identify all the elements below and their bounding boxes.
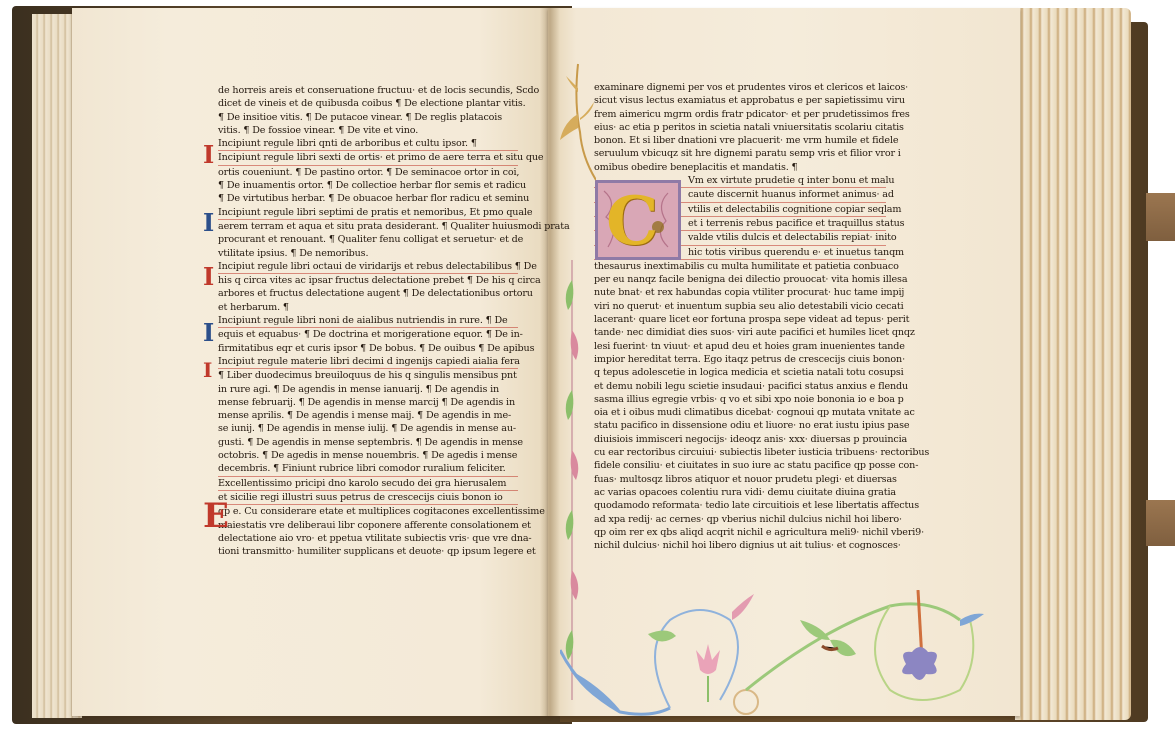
text-line: procurant et renouant. ¶ Qualiter fenu c… [218, 233, 518, 246]
rubric-heading-line: decembris. ¶ Finiunt rubrice libri comod… [218, 462, 518, 476]
floral-border-icon [560, 590, 990, 720]
text-line: in rure agi. ¶ De agendis in mense ianua… [218, 383, 518, 396]
right-page-text: examinare dignemi per vos et prudentes v… [594, 81, 886, 552]
text-line: tande· nec dimidiat dies suos· viri aute… [594, 326, 886, 339]
text-line: ¶ Liber duodecimus breuiloquus de his q … [218, 369, 518, 382]
text-line: bonon. Et si liber dnationi vre placueri… [594, 134, 886, 147]
text-line: delectatione aio vro· et ppetua vtilitat… [218, 532, 518, 545]
text-line: quodamodo reformata· tedio late circuiti… [594, 499, 886, 512]
text-line: cu ear rectoribus circuiui· subiectis li… [594, 446, 886, 459]
text-line: mense februarij. ¶ De agendis in mense m… [218, 396, 518, 409]
text-line: fuas· multosqz libros atiquor et nouor p… [594, 473, 886, 486]
text-line: impior hereditat terra. Ego itaqz petrus… [594, 353, 886, 366]
text-line: lesi fuerint· tn viuut· et apud deu et h… [594, 340, 886, 353]
text-line: et demu nobili legu scietie insudaui· pa… [594, 380, 886, 393]
text-line: frem aimericu mgrm ordis fratr pdicator·… [594, 108, 886, 121]
text-line: examinare dignemi per vos et prudentes v… [594, 81, 886, 94]
lombard-initial-red-E: E [203, 496, 229, 536]
text-line: statu pacifico in dissensione odiu et li… [594, 419, 886, 432]
text-line: maiestatis vre deliberaui libr coponere … [218, 519, 518, 532]
text-line: equis et equabus· ¶ De doctrina et morig… [218, 328, 518, 341]
text-line: ac varias opacoes colentiu rura vidi· de… [594, 486, 886, 499]
lombard-initial-red: I [203, 358, 212, 382]
lombard-initial-blue: I [203, 318, 214, 347]
lombard-initial-blue: I [203, 208, 214, 237]
text-line: eius· ac etia p peritos in scietia natal… [594, 121, 886, 134]
initial-letter: C [606, 183, 659, 259]
text-line: dicet de vineis et de quibusda coibus ¶ … [218, 97, 518, 110]
text-line: sasma illius egregie vrbis· q vo et sibi… [594, 393, 886, 406]
text-line: diuisiois immisceri negocijs· ideoqz ani… [594, 433, 886, 446]
text-line: vitis. ¶ De fossioe vinear. ¶ De vite et… [218, 124, 518, 137]
rubric-heading-line: Incipiunt regule libri qnti de arboribus… [218, 137, 518, 151]
text-line: fidele consiliu· et ciuitates in suo iur… [594, 459, 886, 472]
page-stack-right [1015, 8, 1131, 720]
text-line: qp oim rer ex qbs aliqd acqrit nichil e … [594, 526, 886, 539]
text-line: q tepus adolescetie in logica medicia et… [594, 366, 886, 379]
rubric-heading-line: Excellentissimo pricipi dno karolo secud… [218, 477, 518, 491]
rubric-heading-line: Incipiut regule materie libri decimi d i… [218, 355, 518, 369]
rubric-heading-line: Incipiut regule libri octaui de viridari… [218, 260, 518, 274]
rubric-heading-line: et sicilie regi illustri suus petrus de … [218, 491, 518, 505]
text-line: seruulum vbicuqz sit hre dignemi paratu … [594, 147, 886, 160]
text-line: octobris. ¶ De agedis in mense nouembris… [218, 449, 518, 462]
text-line: ortis coueniunt. ¶ De pastino ortor. ¶ D… [218, 166, 518, 179]
rubric-heading-line: Incipiunt regule libri septimi de pratis… [218, 206, 518, 220]
text-line: aerem terram et aqua et situ prata desid… [218, 220, 518, 233]
left-page-text: de horreis areis et conseruatione fructu… [218, 84, 518, 558]
text-line: thesaurus inextimabilis cu multa humilit… [594, 260, 886, 273]
text-line: firmitatibus eqr et curis ipsor ¶ De bob… [218, 342, 518, 355]
lombard-initial-red: I [203, 262, 214, 291]
text-line: nichil dulcius· nichil hoi libero digniu… [594, 539, 886, 552]
text-line: per eu nanqz facile benigna dei dilectio… [594, 273, 886, 286]
text-line: lacerant· quare licet eor fortuna prospa… [594, 313, 886, 326]
text-line: ad xpa redij· ac cernes· qp vberius nich… [594, 513, 886, 526]
text-line: gusti. ¶ De agendis in mense septembris.… [218, 436, 518, 449]
text-line: ¶ De insitioe vitis. ¶ De putacoe vinear… [218, 111, 518, 124]
book-clasp-bottom [1146, 500, 1175, 546]
text-line: qp e. Cu considerare etate et multiplice… [218, 505, 518, 518]
text-line: viri no querut· et inuentum supbia seu a… [594, 300, 886, 313]
text-line: arbores et fructus delectatione augent ¶… [218, 287, 518, 300]
text-line: his q circa vites ac ipsar fructus delec… [218, 274, 518, 287]
text-line: mense aprilis. ¶ De agendis i mense maij… [218, 409, 518, 422]
text-line: et herbarum. ¶ [218, 301, 518, 314]
text-line: sicut visus lectus examiatus et approbat… [594, 94, 886, 107]
rubric-heading-line: Incipiunt regule libri sexti de ortis· e… [218, 151, 518, 165]
text-line: omibus obedire beneplacitis et mandatis.… [594, 161, 886, 174]
book-clasp-top [1146, 193, 1175, 241]
illuminated-initial: C [595, 180, 681, 260]
text-line: oia et i oibus mudi climatibus dicebat· … [594, 406, 886, 419]
lombard-initial-red: I [203, 140, 214, 169]
text-line: ¶ De virtutibus herbar. ¶ De obuacoe her… [218, 192, 518, 205]
text-line: de horreis areis et conseruatione fructu… [218, 84, 518, 97]
marginal-sprig-icon [556, 62, 596, 182]
rubric-heading-line: Incipiunt regule libri noni de aialibus … [218, 314, 518, 328]
text-line: vtilitate ipsius. ¶ De nemoribus. [218, 247, 518, 260]
text-line: nute bnat· et rex habundas copia vtilite… [594, 286, 886, 299]
text-line: ¶ De inuamentis ortor. ¶ De collectioe h… [218, 179, 518, 192]
text-line: se iunij. ¶ De agendis in mense iulij. ¶… [218, 422, 518, 435]
text-line: tioni transmitto· humiliter supplicans e… [218, 545, 518, 558]
